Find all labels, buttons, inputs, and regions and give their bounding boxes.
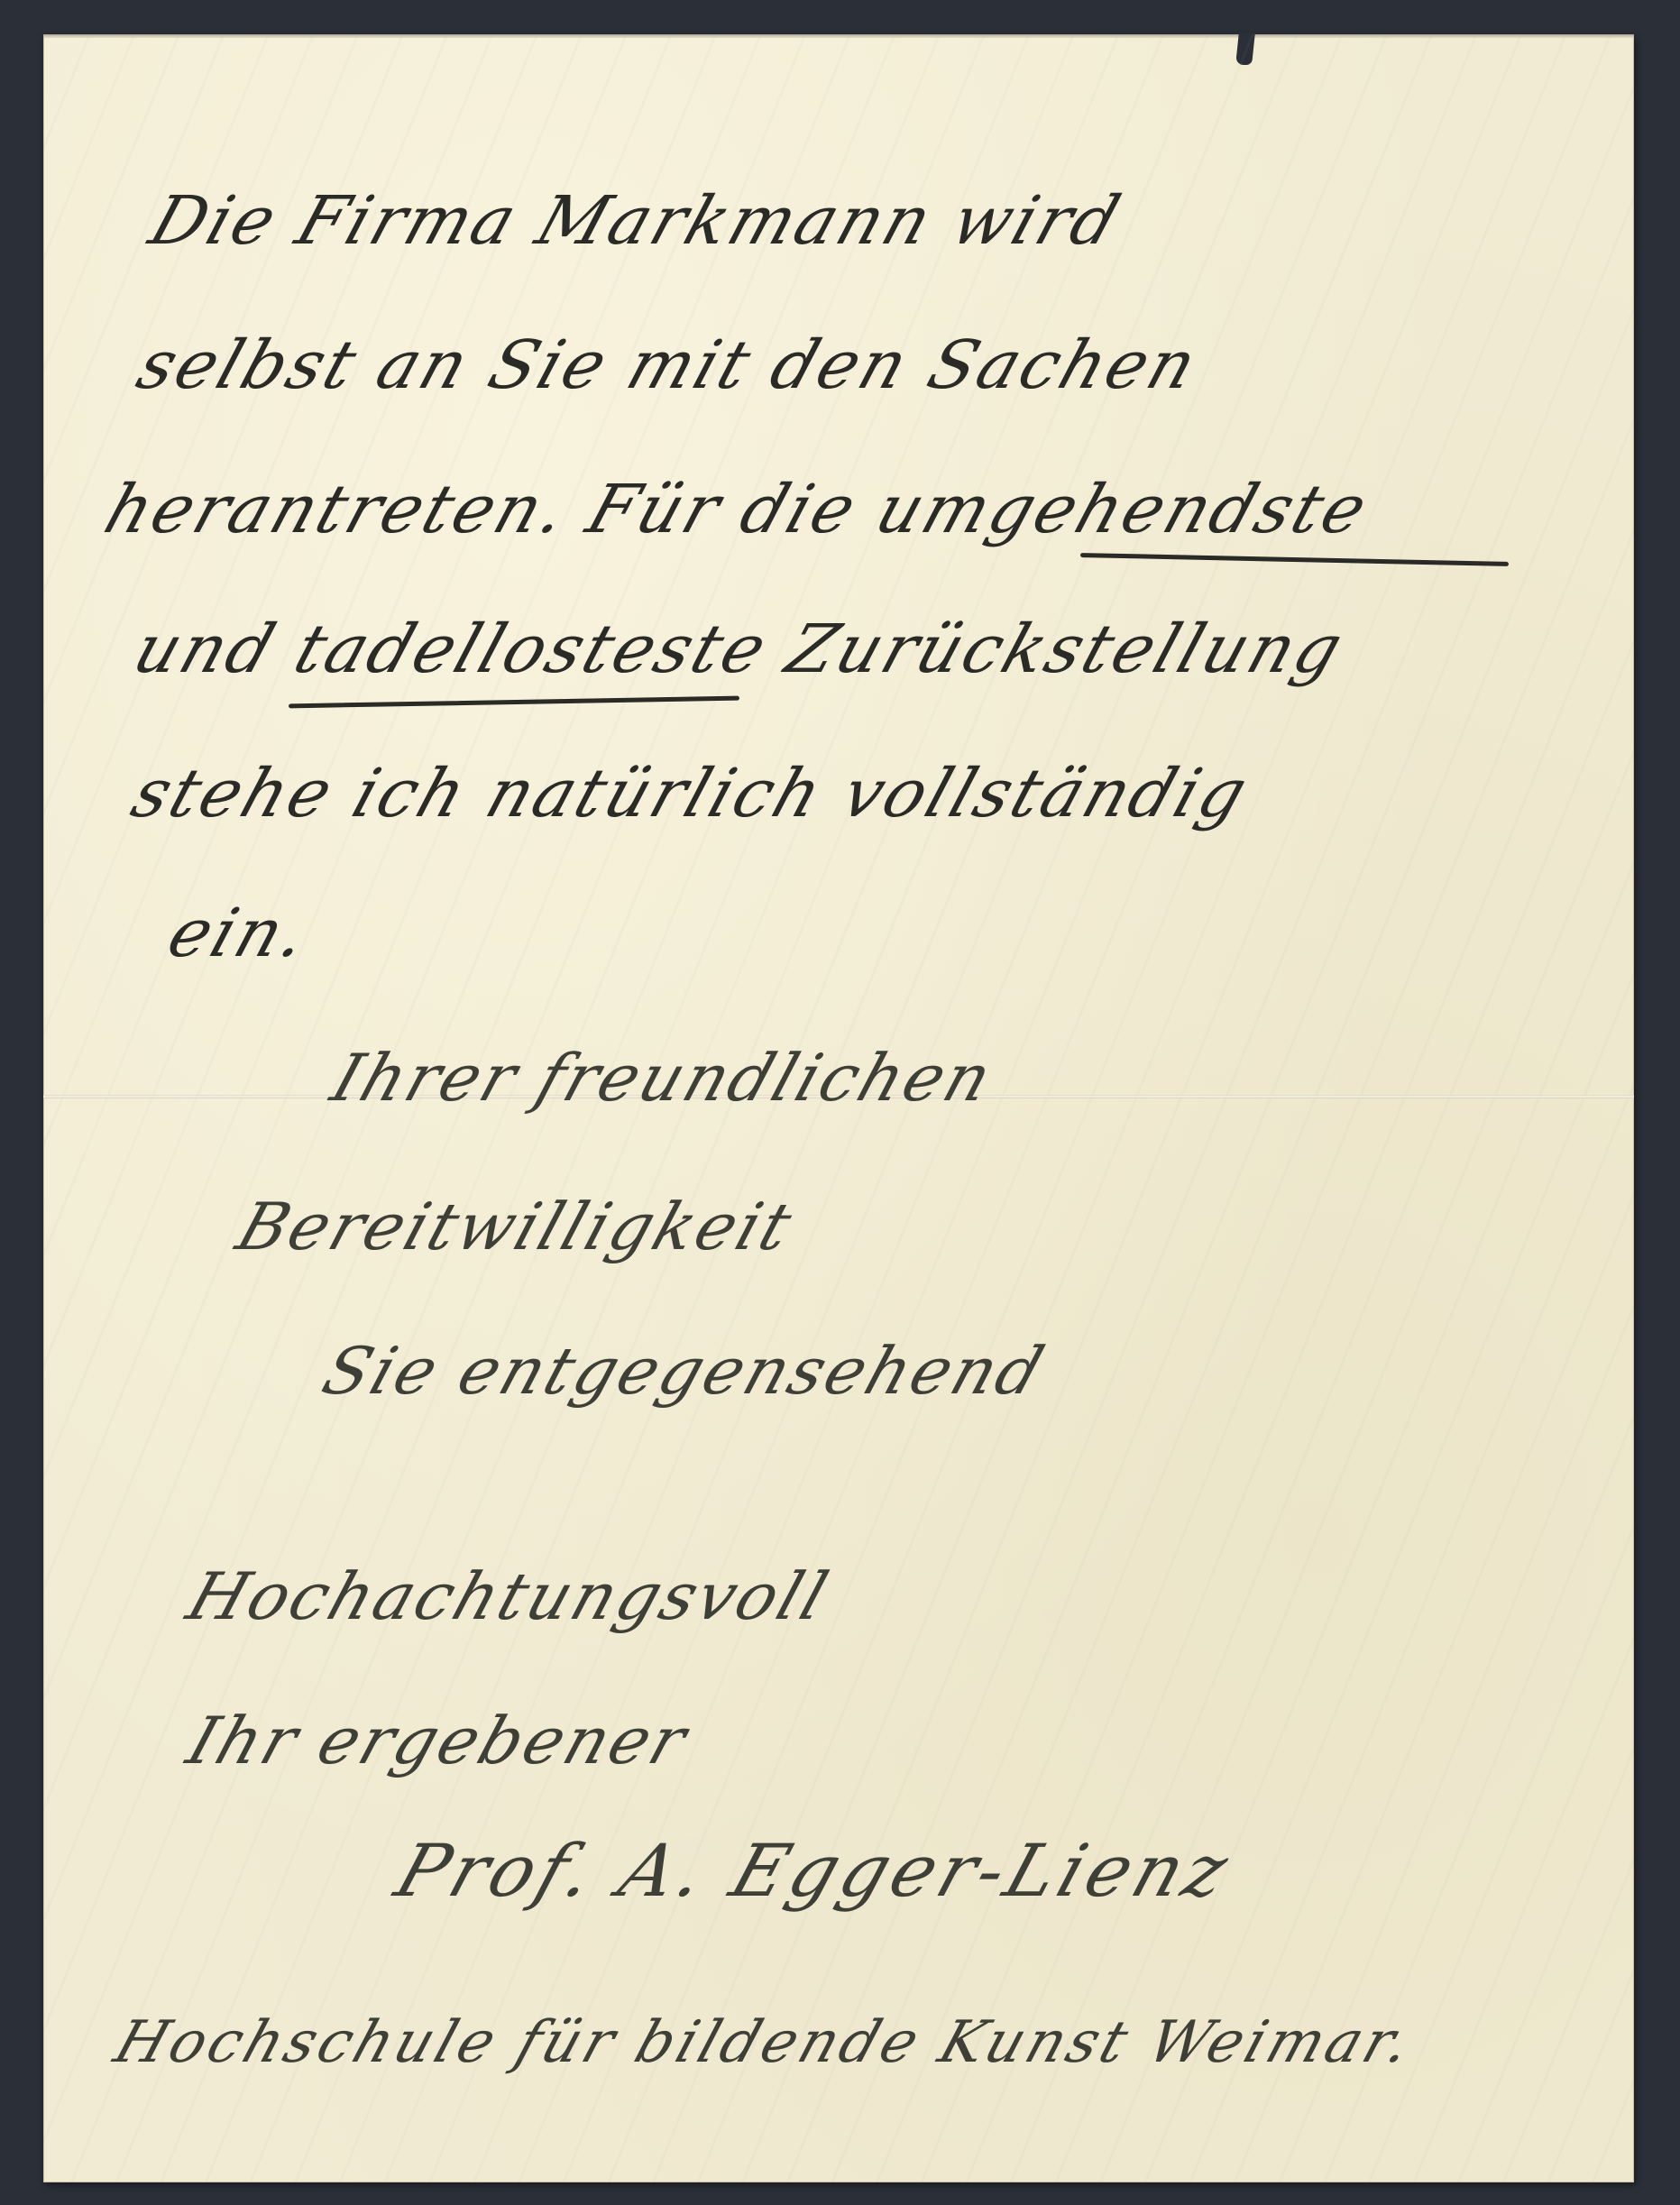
salutation-line-1: Hochachtungsvoll: [179, 1558, 840, 1634]
body-line-4: und tadellosteste Zurückstellung: [126, 616, 1353, 683]
closing-line-1: Ihrer freundlichen: [323, 1040, 1004, 1116]
body-line-5: stehe ich natürlich vollständig: [124, 760, 1257, 827]
body-line-2: selbst an Sie mit den Sachen: [130, 332, 1207, 399]
closing-line-2: Bereitwilligkeit: [228, 1189, 803, 1264]
closing-line-3: Sie entgegensehend: [314, 1333, 1055, 1409]
affiliation-line: Hochschule für bildende Kunst Weimar.: [106, 2009, 1423, 2076]
underline-tadellosteste: [289, 696, 739, 709]
signature: Prof. A. Egger-Lienz: [386, 1829, 1243, 1913]
body-line-6: ein.: [161, 900, 318, 967]
underline-umgehendste: [1080, 553, 1509, 566]
paper-notch: [1235, 32, 1255, 65]
body-line-3: herantreten. Für die umgehendste: [97, 476, 1377, 543]
body-line-1: Die Firma Markmann wird: [142, 188, 1130, 254]
salutation-line-2: Ihr ergebener: [179, 1703, 698, 1778]
letter-page: Die Firma Markmann wird selbst an Sie mi…: [43, 34, 1634, 2182]
